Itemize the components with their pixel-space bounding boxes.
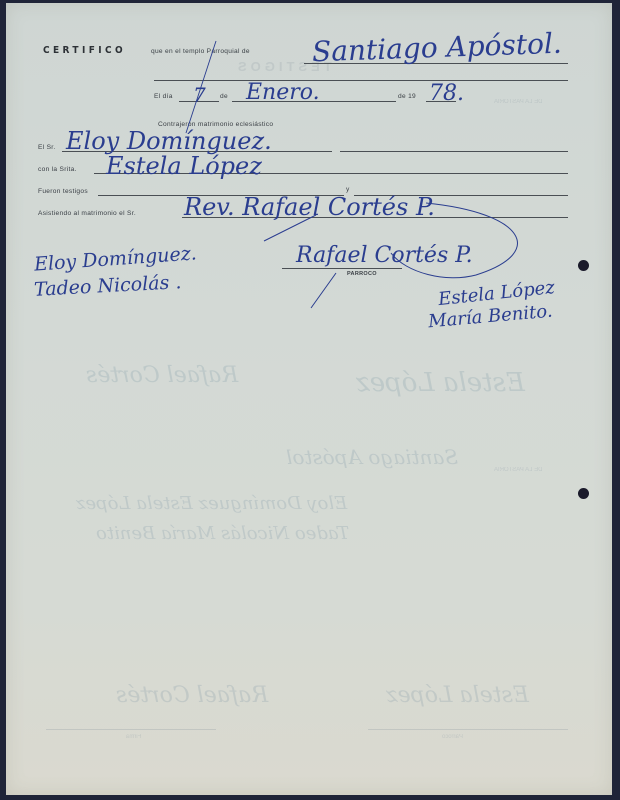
bleed-rule [46, 729, 216, 730]
bleed-signature: Estela López [356, 368, 525, 398]
bleed-script: Eloy Domínguez Estela López [76, 493, 347, 514]
bleed-signature: Estela López [386, 683, 529, 708]
bleed-word: Firma [126, 734, 141, 740]
certificate-page: TESTIGOS DE LA PASTORIA DE LA PASTORIA R… [6, 3, 612, 795]
binder-hole-top [578, 260, 589, 271]
bleed-rule [368, 729, 568, 730]
bleed-script: Tadeo Nicolás María Benito [96, 523, 349, 544]
bleed-signature: Rafael Cortés [116, 683, 268, 708]
signature-flourish-icon [6, 3, 612, 343]
bleed-signature: Rafael Cortés [86, 363, 238, 388]
bleed-script: Santiago Apóstol [286, 445, 458, 469]
binder-hole-bottom [578, 488, 589, 499]
bleed-word: Párroco [442, 734, 463, 740]
bleed-section-label-lower: DE LA PASTORIA [494, 467, 542, 473]
